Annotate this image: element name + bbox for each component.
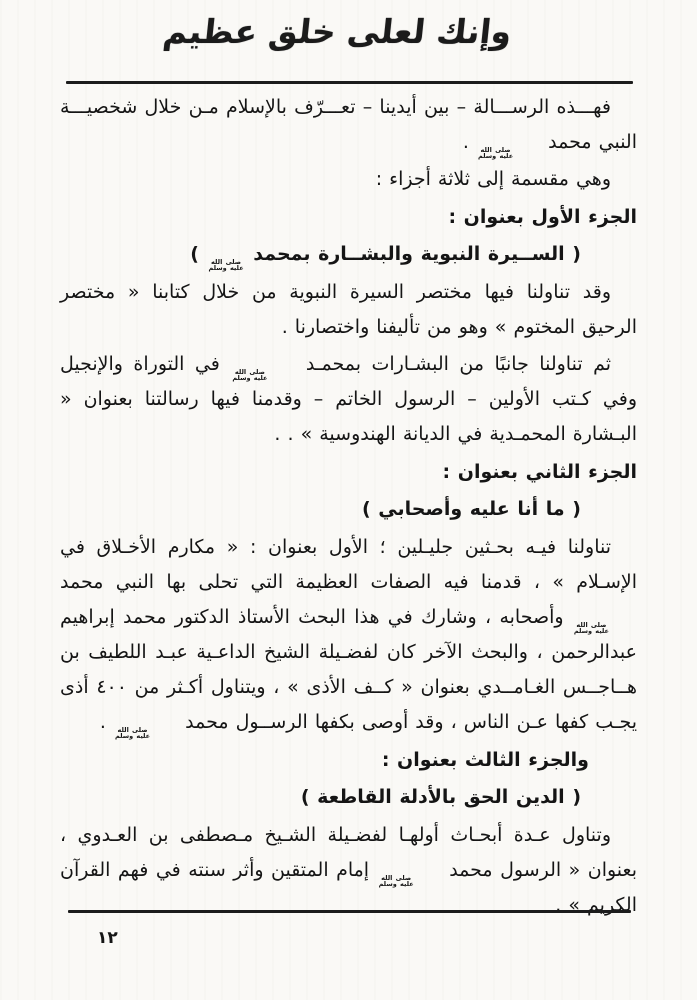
pbuh-mark: صلى اللهعليه وسلم [574, 622, 635, 634]
part1-description-2: ثم تناولنا جانبًا من البشـارات بمحمـد صل… [60, 347, 637, 452]
pbuh-mark: صلى اللهعليه وسلم [379, 875, 440, 887]
part2-heading: الجزء الثاني بعنوان : [60, 455, 637, 490]
part1-heading: الجزء الأول بعنوان : [60, 200, 637, 235]
part1-title: ( الســيرة النبوية والبشــارة بمحمد صلى … [60, 237, 637, 272]
footer-divider [68, 910, 631, 913]
part3-description: وتناول عـدة أبحـاث أولهـا لفضـيلة الشـيخ… [60, 818, 637, 923]
part3-heading: والجزء الثالث بعنوان : [60, 743, 637, 778]
pbuh-mark: صلى اللهعليه وسلم [209, 259, 244, 271]
page-body: فهـــذه الرســـالة – بين أيدينا – تعـــر… [60, 90, 637, 925]
book-page: وإنك لعلى خلق عظيم فهـــذه الرســـالة – … [0, 0, 697, 1000]
pbuh-mark: صلى اللهعليه وسلم [478, 147, 539, 159]
part3-title: ( الدين الحق بالأدلة القاطعة ) [60, 780, 637, 815]
pbuh-mark: صلى اللهعليه وسلم [115, 727, 176, 739]
parts-intro: وهي مقسمة إلى ثلاثة أجزاء : [60, 162, 637, 197]
part2-description: تناولنا فيـه بحـثين جليـلين ؛ الأول بعنو… [60, 530, 637, 740]
pbuh-mark: صلى اللهعليه وسلم [232, 369, 293, 381]
part1-description-1: وقد تناولنا فيها مختصر السيرة النبوية من… [60, 275, 637, 345]
header-divider [66, 81, 633, 84]
part2-title: ( ما أنا عليه وأصحابي ) [60, 492, 637, 527]
header-calligraphy: وإنك لعلى خلق عظيم [0, 12, 677, 51]
page-number: ١٢ [0, 928, 697, 948]
intro-paragraph: فهـــذه الرســـالة – بين أيدينا – تعـــر… [60, 90, 637, 160]
